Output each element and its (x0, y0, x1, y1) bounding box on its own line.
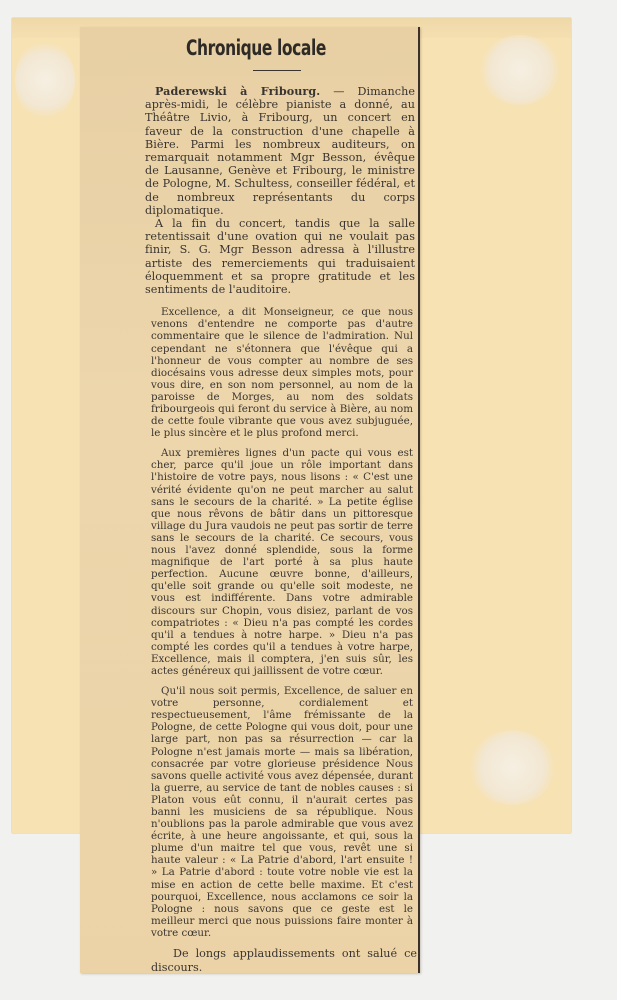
article: Chronique locale Paderewski à Fribourg. … (87, 36, 417, 974)
lead-paragraph-text: Dimanche après-midi, le célèbre pianiste… (145, 85, 415, 217)
closing-text: De longs applaudissements ont salué ce d… (151, 947, 417, 974)
speech-paragraph: Qu'il nous soit permis, Excellence, de s… (151, 685, 413, 939)
title-rule (253, 70, 301, 71)
headline: Paderewski à Fribourg. (155, 84, 320, 98)
speech-paragraph: Excellence, a dit Monseigneur, ce que no… (151, 306, 413, 439)
lead-paragraph: A la fin du concert, tandis que la salle… (145, 217, 415, 296)
closing-paragraph: De longs applaudissements ont salué ce d… (151, 947, 417, 974)
speech-paragraph: Aux premières lignes d'un pacte qui vous… (151, 447, 413, 677)
speech-text: Excellence, a dit Monseigneur, ce que no… (151, 306, 413, 939)
section-title: Chronique locale (124, 36, 388, 60)
headline-separator: — (320, 85, 357, 98)
glue-stain (480, 35, 560, 105)
lead-paragraph: Paderewski à Fribourg. — Dimanche après-… (145, 85, 415, 217)
glue-stain (15, 40, 75, 120)
glue-stain (470, 730, 555, 805)
lead-text: Paderewski à Fribourg. — Dimanche après-… (145, 85, 415, 296)
